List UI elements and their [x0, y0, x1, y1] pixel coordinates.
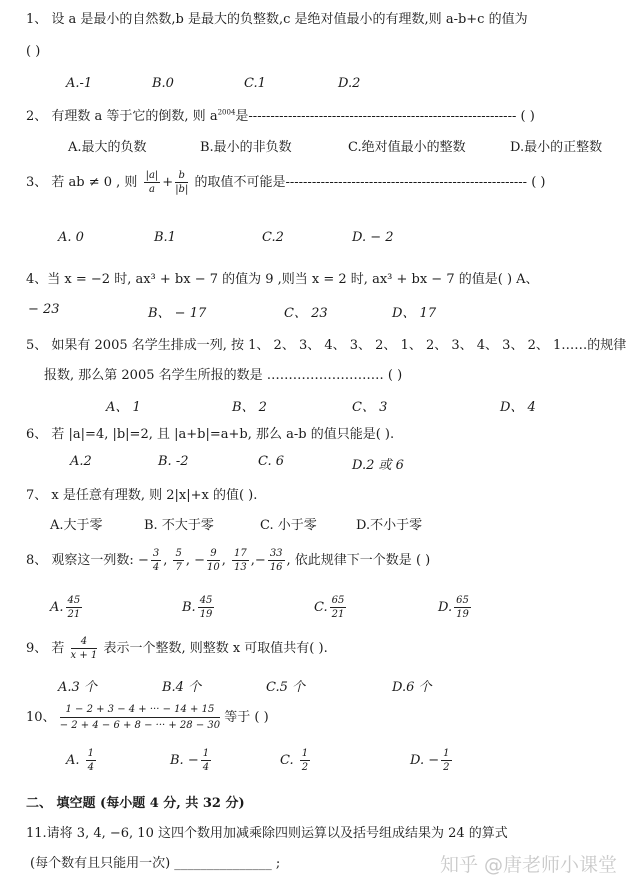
- q10-stem: 10、 1 − 2 + 3 − 4 + ··· − 14 + 15− 2 + 4…: [26, 704, 269, 731]
- watermark: 知乎 @唐老师小课堂: [440, 850, 617, 877]
- q8-option-d: D.6519: [438, 595, 473, 620]
- q1-option-b: B.0: [152, 76, 174, 91]
- q4-option-d: D、 17: [392, 302, 436, 321]
- q3-fraction-2-den: |b|: [175, 183, 188, 195]
- q4-option-a: − 23: [28, 302, 60, 317]
- q7-option-b: B. 不大于零: [144, 514, 214, 533]
- q11-answer-blank[interactable]: _______________ ;: [174, 856, 280, 871]
- q9-option-d: D.6 个: [392, 676, 432, 695]
- q9-stem-prefix: 9、 若: [26, 641, 64, 656]
- q7-stem: 7、 x 是任意有理数, 则 2|x|+x 的值( ).: [26, 484, 257, 503]
- q3-fraction-1-num: |a|: [144, 170, 161, 183]
- q3-stem-prefix: 3、 若 ab ≠ 0 , 则: [26, 175, 137, 190]
- q11-stem-line1: 11.请将 3, 4, −6, 10 这四个数用加减乘除四则运算以及括号组成结果…: [26, 822, 508, 841]
- q1-option-a: A.-1: [66, 76, 92, 91]
- q11-stem-line2: (每个数有且只能用一次) _______________ ;: [30, 852, 280, 871]
- q2-stem: 2、 有理数 a 等于它的倒数, 则 a2004是---------------…: [26, 105, 535, 124]
- q2-stem-suffix: 是---------------------------------------…: [235, 109, 534, 124]
- q3-fraction-2: b|b|: [175, 170, 188, 195]
- q6-option-b: B. -2: [158, 454, 188, 469]
- q10-option-b: B. −14: [170, 748, 213, 773]
- q10-fraction: 1 − 2 + 3 − 4 + ··· − 14 + 15− 2 + 4 − 6…: [60, 704, 220, 731]
- q5-stem-line2: 报数, 那么第 2005 名学生所报的数是 ……………………… ( ): [44, 364, 402, 383]
- q1-stem: 1、 设 a 是最小的自然数,b 是最大的负整数,c 是绝对值最小的有理数,则 …: [26, 8, 528, 27]
- q2-option-c: C.绝对值最小的整数: [348, 136, 466, 155]
- q8-option-c: C.6521: [314, 595, 348, 620]
- q8-seq-5: −3316: [255, 553, 287, 568]
- q3-fraction-1: |a|a: [144, 170, 161, 195]
- q6-stem: 6、 若 |a|=4, |b|=2, 且 |a+b|=a+b, 那么 a-b 的…: [26, 423, 394, 442]
- q10-option-d: D. −12: [410, 748, 454, 773]
- q3-plus: +: [162, 175, 173, 190]
- q9-stem-suffix: 表示一个整数, 则整数 x 可取值共有( ).: [103, 641, 327, 656]
- q1-option-c: C.1: [244, 76, 266, 91]
- q1-answer-parens: ( ): [26, 44, 40, 59]
- q4-option-b: B、 − 17: [148, 302, 206, 321]
- q6-option-a: A.2: [70, 454, 92, 469]
- q8-seq-4: 1713: [230, 553, 251, 568]
- q3-fraction-1-den: a: [144, 183, 161, 195]
- q10-option-a: A. 14: [66, 748, 98, 773]
- q2-exponent: 2004: [218, 109, 236, 117]
- q8-option-b: B.4519: [182, 595, 216, 620]
- q3-option-d: D. − 2: [352, 230, 394, 245]
- q9-stem: 9、 若 4x + 1 表示一个整数, 则整数 x 可取值共有( ).: [26, 636, 328, 661]
- q8-stem-prefix: 8、 观察这一列数:: [26, 553, 134, 568]
- q11-note: (每个数有且只能用一次): [30, 856, 170, 871]
- q5-option-b: B、 2: [232, 396, 267, 415]
- q5-stem-line1: 5、 如果有 2005 名学生排成一列, 按 1、 2、 3、 4、 3、 2、…: [26, 334, 626, 353]
- q5-option-d: D、 4: [500, 396, 536, 415]
- q8-seq-1: −34: [138, 553, 163, 568]
- q5-option-a: A、 1: [106, 396, 141, 415]
- q1-option-d: D.2: [338, 76, 360, 91]
- q8-seq-3: −910: [194, 553, 222, 568]
- q2-option-d: D.最小的正整数: [510, 136, 602, 155]
- q2-option-a: A.最大的负数: [68, 136, 147, 155]
- q7-option-d: D.不小于零: [356, 514, 422, 533]
- q9-option-a: A.3 个: [58, 676, 97, 695]
- section2-heading: 二、 填空题 (每小题 4 分, 共 32 分): [26, 792, 245, 811]
- q3-stem-suffix: 的取值不可能是---------------------------------…: [194, 175, 545, 190]
- q10-option-c: C. 12: [280, 748, 312, 773]
- q3-option-b: B.1: [154, 230, 176, 245]
- q3-option-a: A. 0: [58, 230, 84, 245]
- q2-stem-prefix: 2、 有理数 a 等于它的倒数, 则 a: [26, 109, 218, 124]
- q10-stem-suffix: 等于 ( ): [224, 710, 268, 725]
- q9-fraction: 4x + 1: [71, 636, 98, 661]
- q8-option-a: A.4521: [50, 595, 84, 620]
- q9-option-c: C.5 个: [266, 676, 305, 695]
- q6-option-c: C. 6: [258, 454, 284, 469]
- q9-option-b: B.4 个: [162, 676, 201, 695]
- q6-option-d: D.2 或 6: [352, 454, 404, 473]
- q10-number: 10、: [26, 710, 56, 725]
- q4-stem: 4、当 x = −2 时, ax³ + bx − 7 的值为 9 ,则当 x =…: [26, 268, 539, 287]
- q8-seq-2: 57: [171, 553, 185, 568]
- q2-option-b: B.最小的非负数: [200, 136, 292, 155]
- q7-option-a: A.大于零: [50, 514, 103, 533]
- q8-stem: 8、 观察这一列数: −34, 57, −910, 1713,−3316, 依此…: [26, 548, 430, 573]
- q3-option-c: C.2: [262, 230, 284, 245]
- q3-fraction-2-num: b: [175, 170, 188, 183]
- q3-stem: 3、 若 ab ≠ 0 , 则 |a|a+b|b| 的取值不可能是-------…: [26, 170, 545, 195]
- q8-stem-suffix: , 依此规律下一个数是 ( ): [287, 553, 431, 568]
- q4-option-c: C、 23: [284, 302, 328, 321]
- q5-option-c: C、 3: [352, 396, 387, 415]
- q7-option-c: C. 小于零: [260, 514, 317, 533]
